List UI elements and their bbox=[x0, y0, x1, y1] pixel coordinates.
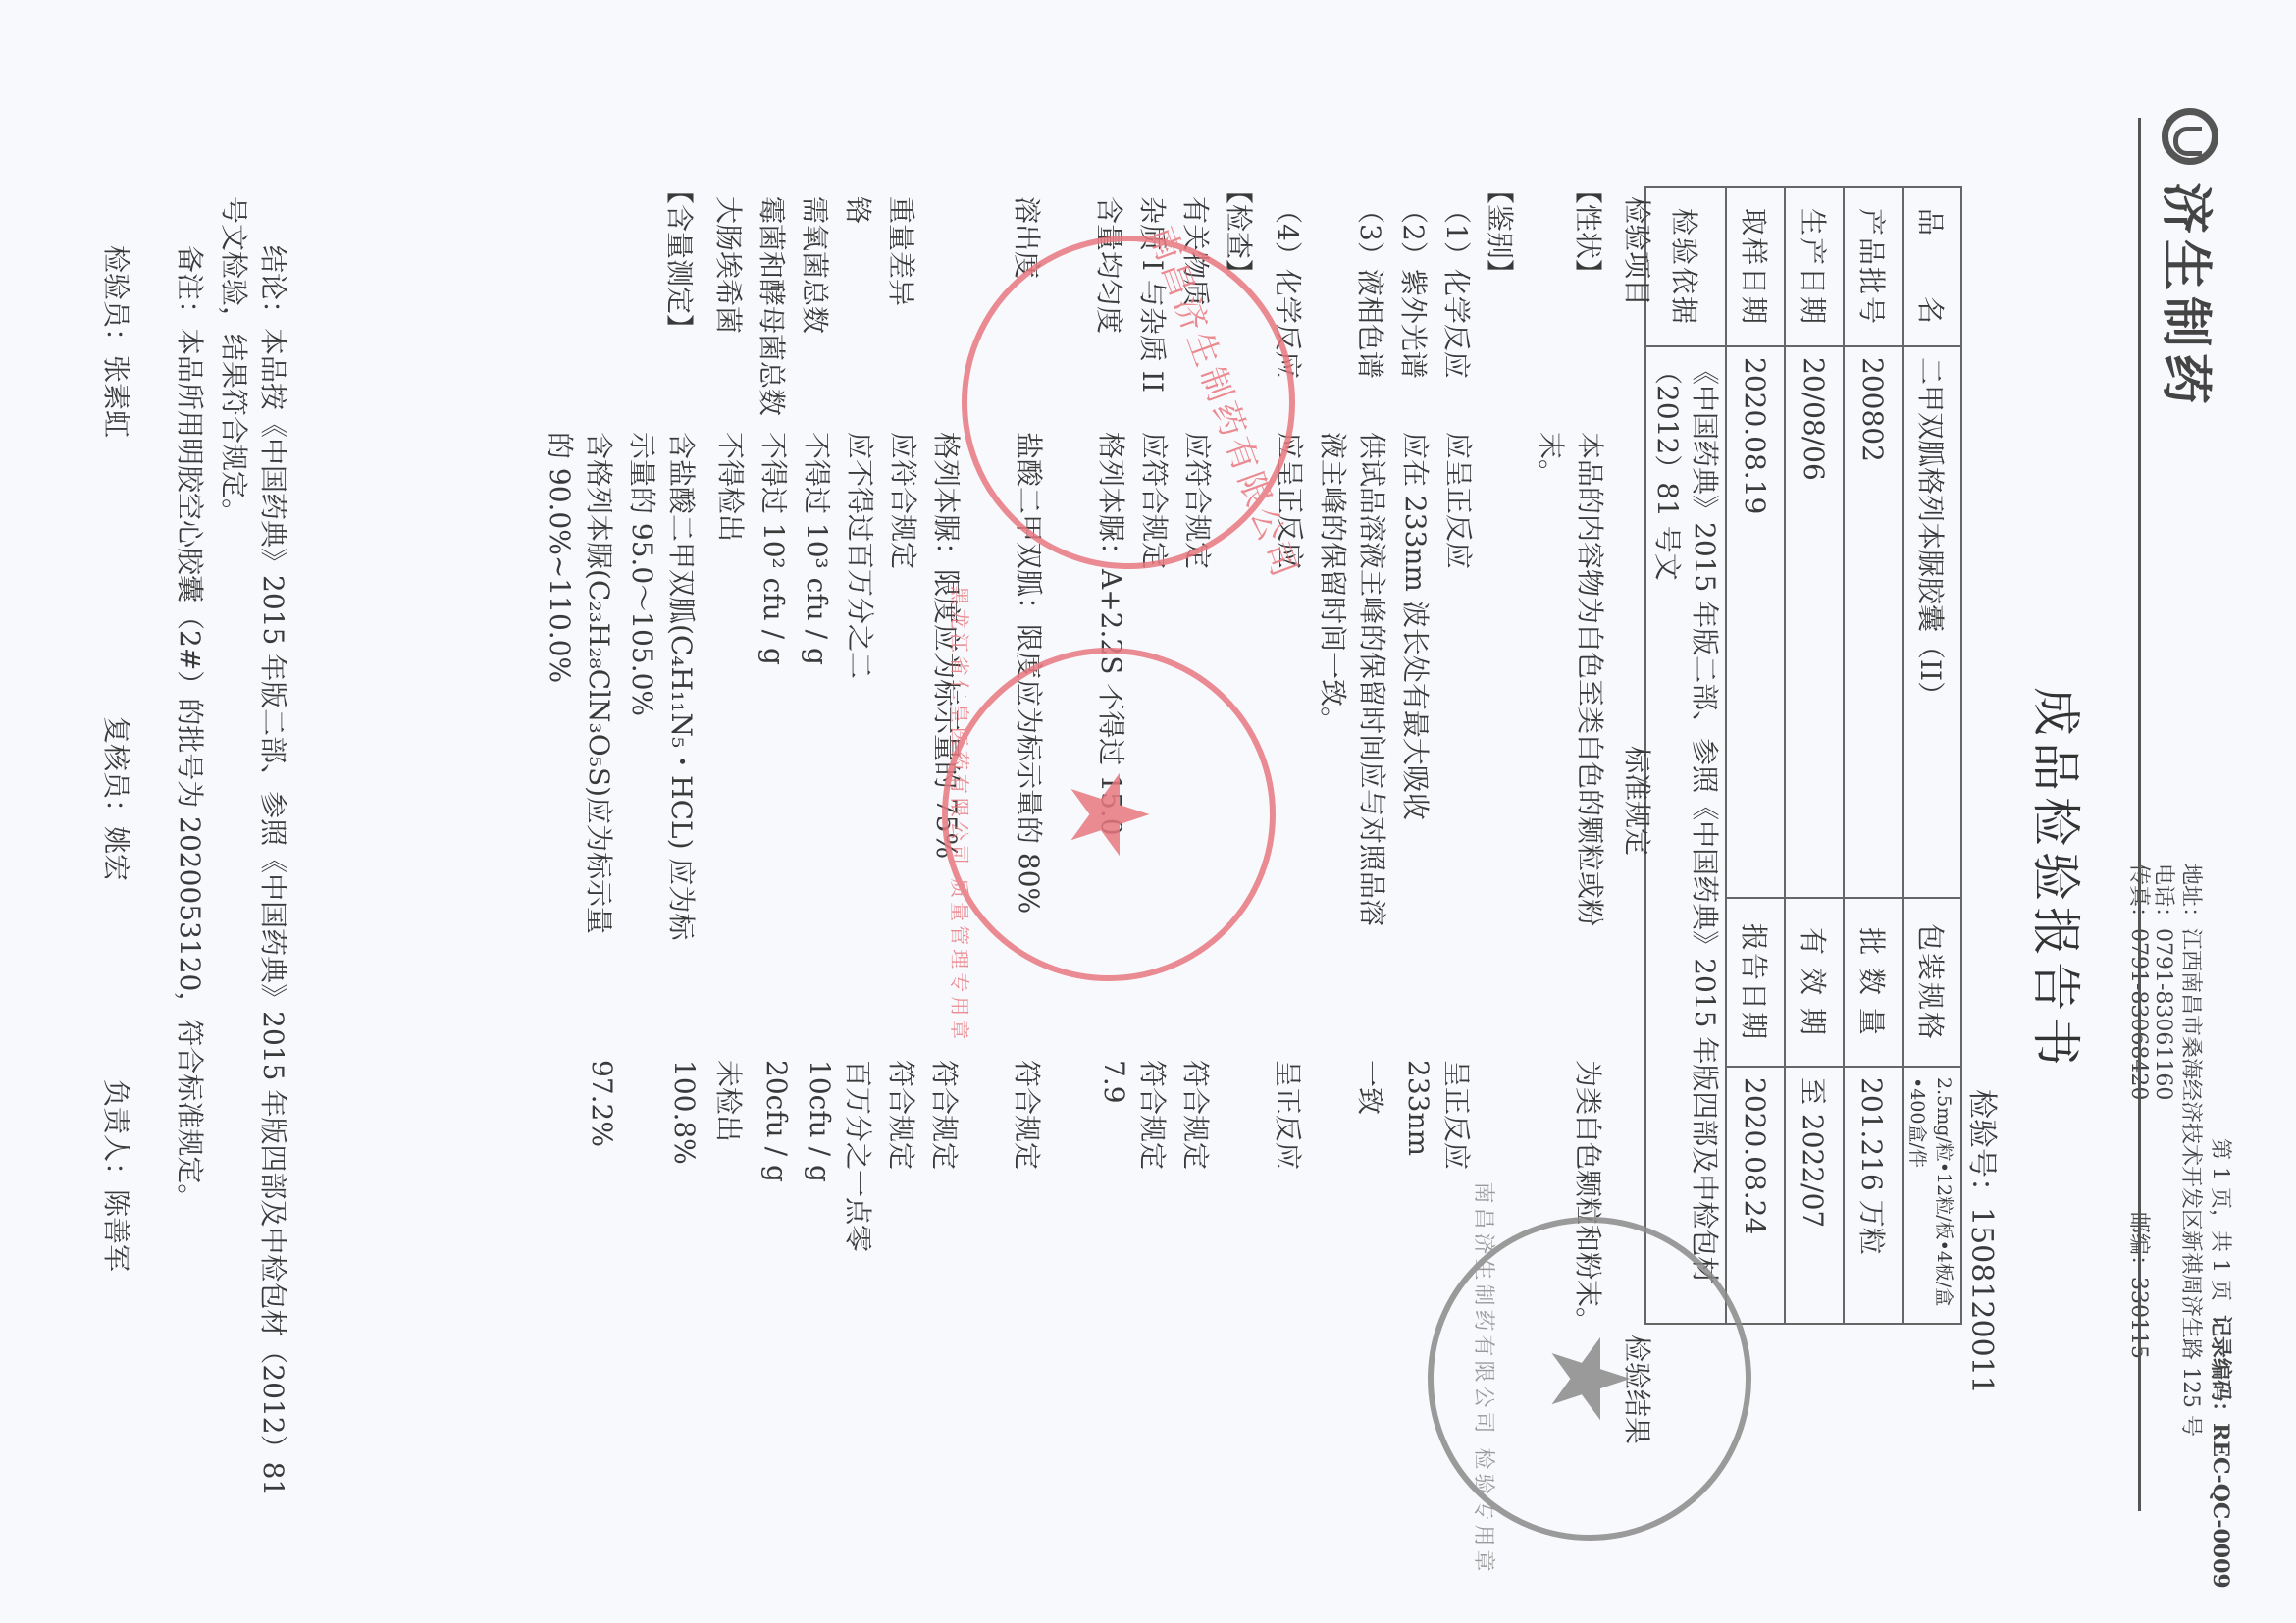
test-result: 呈正反应 bbox=[1270, 1060, 1309, 1170]
report-date-label: 报告日期 bbox=[1726, 898, 1785, 1067]
report-number: 检验号：1508120011 bbox=[1963, 1089, 2007, 1394]
remark: 备注：本品所用明胶空心胶囊（2#）的批号为 2020053120，符合标准规定。 bbox=[172, 245, 211, 1211]
test-result: 符合规定 bbox=[1134, 1060, 1174, 1170]
test-result: 符合规定 bbox=[926, 1060, 965, 1170]
test-result: 7.9 bbox=[1098, 1060, 1130, 1104]
column-header-item: 检验项目 bbox=[1619, 196, 1658, 306]
test-standard: 应呈正反应 bbox=[1438, 432, 1478, 942]
expiry-value: 至 2022/07 bbox=[1785, 1067, 1844, 1324]
test-standard: 应在 233nm 波长处有最大吸收 bbox=[1395, 432, 1435, 942]
responsible-signature: 负责人：陈善军 bbox=[98, 1079, 137, 1272]
section-heading: 【鉴别】 bbox=[1482, 177, 1521, 287]
sampling-date-value: 2020.08.19 bbox=[1726, 346, 1785, 898]
page-info: 第 1 页，共 1 页 bbox=[2207, 1138, 2237, 1301]
test-result: 百万分之一点零 bbox=[840, 1060, 879, 1252]
conclusion-line-1: 结论：本品按《中国药典》2015 年版二部、参照《中国药典》2015 年版四部及… bbox=[255, 245, 294, 1496]
product-name-value: 二甲双胍格列本脲胶囊（II） bbox=[1903, 346, 1961, 898]
table-row: 品 名 二甲双胍格列本脲胶囊（II） 包装规格 2.5mg/粒•12粒/板•4板… bbox=[1903, 187, 1961, 1324]
batch-qty-label: 批 数 量 bbox=[1844, 898, 1903, 1067]
record-code: 记录编码：REC-QC-0009 bbox=[2207, 1315, 2237, 1589]
test-result: 97.2% bbox=[586, 1060, 618, 1147]
section-heading: 【性状】 bbox=[1570, 177, 1609, 287]
expiry-label: 有 效 期 bbox=[1785, 898, 1844, 1067]
test-result: 未检出 bbox=[710, 1060, 750, 1142]
report-number-label: 检验号： bbox=[1964, 1089, 1999, 1207]
company-address: 地址：江西南昌市桑海经济技术开发区新祺周济生路 125 号 bbox=[2177, 864, 2208, 1437]
star-icon: ★ bbox=[1536, 1331, 1644, 1428]
test-standard: 本品的内容物为白色至类白色的颗粒或粉末。 bbox=[1531, 432, 1609, 942]
company-logo-icon bbox=[2163, 108, 2219, 165]
section-heading: 【含量测定】 bbox=[661, 177, 701, 341]
test-result: 20cfu / g bbox=[760, 1060, 793, 1182]
test-result: 符合规定 bbox=[1177, 1060, 1217, 1170]
production-date-value: 20/08/06 bbox=[1785, 346, 1844, 898]
product-name-label: 品 名 bbox=[1903, 187, 1961, 346]
test-result: 100.8% bbox=[668, 1060, 701, 1165]
product-info-table: 品 名 二甲双胍格列本脲胶囊（II） 包装规格 2.5mg/粒•12粒/板•4板… bbox=[1644, 186, 1962, 1325]
test-standard: 不得过 10² cfu / g bbox=[754, 432, 793, 942]
reviewer-signature: 复核员：姚宏 bbox=[98, 716, 137, 881]
test-standard: 不得检出 bbox=[710, 432, 750, 942]
test-standard: 不得过 10³ cfu / g bbox=[797, 432, 836, 942]
inspector-signature: 检验员：张素虹 bbox=[98, 245, 137, 438]
test-result: 符合规定 bbox=[1009, 1060, 1048, 1170]
sampling-date-label: 取样日期 bbox=[1726, 187, 1785, 346]
report-date-value: 2020.08.24 bbox=[1726, 1067, 1785, 1324]
test-item: 需氧菌总数 bbox=[797, 196, 836, 334]
table-row: 产品批号 200802 批 数 量 201.216 万粒 bbox=[1844, 187, 1903, 1324]
test-standard: 应不得过百万分之二 bbox=[840, 432, 879, 942]
test-result: 一致 bbox=[1352, 1060, 1391, 1115]
test-item: 大肠埃希菌 bbox=[710, 196, 750, 334]
inspection-report-page: 济生制药 第 1 页，共 1 页 记录编码：REC-QC-0009 地址：江西南… bbox=[0, 0, 2296, 1623]
batch-no-label: 产品批号 bbox=[1844, 187, 1903, 346]
batch-qty-value: 201.216 万粒 bbox=[1844, 1067, 1903, 1324]
company-name: 济生制药 bbox=[2154, 183, 2227, 410]
batch-no-value: 200802 bbox=[1844, 346, 1903, 898]
test-item: （1）化学反应 bbox=[1438, 196, 1478, 379]
inspection-gray-seal: ★ 南昌济生制药有限公司 检验专用章 bbox=[1428, 1217, 1751, 1541]
star-icon: ★ bbox=[1055, 766, 1163, 864]
company-logo: 济生制药 bbox=[2154, 108, 2227, 410]
table-row: 生产日期 20/08/06 有 效 期 至 2022/07 bbox=[1785, 187, 1844, 1324]
test-result: 233nm bbox=[1402, 1060, 1435, 1156]
seal-text: 黑龙江省仁皇医药有限公司 质量管理专用章 bbox=[947, 586, 975, 1043]
test-result: 呈正反应 bbox=[1438, 1060, 1478, 1170]
production-date-label: 生产日期 bbox=[1785, 187, 1844, 346]
quality-red-seal: ★ 黑龙江省仁皇医药有限公司 质量管理专用章 bbox=[942, 648, 1276, 981]
package-spec-label: 包装规格 bbox=[1903, 898, 1961, 1067]
table-row: 取样日期 2020.08.19 报告日期 2020.08.24 bbox=[1726, 187, 1785, 1324]
company-red-seal: 南昌济生制药有限公司 bbox=[962, 236, 1295, 569]
test-item: 重量差异 bbox=[883, 196, 922, 306]
test-item: 铬 bbox=[840, 196, 879, 224]
test-item: （3）液相色谱 bbox=[1352, 196, 1391, 379]
seal-text: 南昌济生制药有限公司 检验专用章 bbox=[1470, 1182, 1500, 1576]
package-spec-value: 2.5mg/粒•12粒/板•4板/盒•400盒/件 bbox=[1903, 1067, 1961, 1324]
column-header-standard: 标准规定 bbox=[1619, 746, 1658, 856]
test-standard: 含格列本脲(C₂₃H₂₈ClN₃O₅S)应为标示量的 90.0%~110.0% bbox=[540, 432, 618, 942]
report-title: 成品检验报告书 bbox=[2024, 687, 2095, 1072]
conclusion-line-2: 号文检验，结果符合规定。 bbox=[216, 196, 255, 526]
test-standard: 应符合规定 bbox=[883, 432, 922, 942]
test-item: （2）紫外光谱 bbox=[1395, 196, 1435, 379]
test-item: 霉菌和酵母菌总数 bbox=[754, 196, 793, 416]
test-result: 符合规定 bbox=[883, 1060, 922, 1170]
report-number-value: 1508120011 bbox=[1964, 1207, 1999, 1394]
test-standard: 供试品溶液主峰的保留时间应与对照品溶液主峰的保留时间一致。 bbox=[1313, 432, 1391, 942]
test-result: 10cfu / g bbox=[804, 1060, 836, 1182]
header-divider bbox=[2138, 118, 2141, 1511]
test-standard: 含盐酸二甲双胍(C₄H₁₁N₅・HCL) 应为标示量的 95.0～105.0% bbox=[622, 432, 701, 942]
